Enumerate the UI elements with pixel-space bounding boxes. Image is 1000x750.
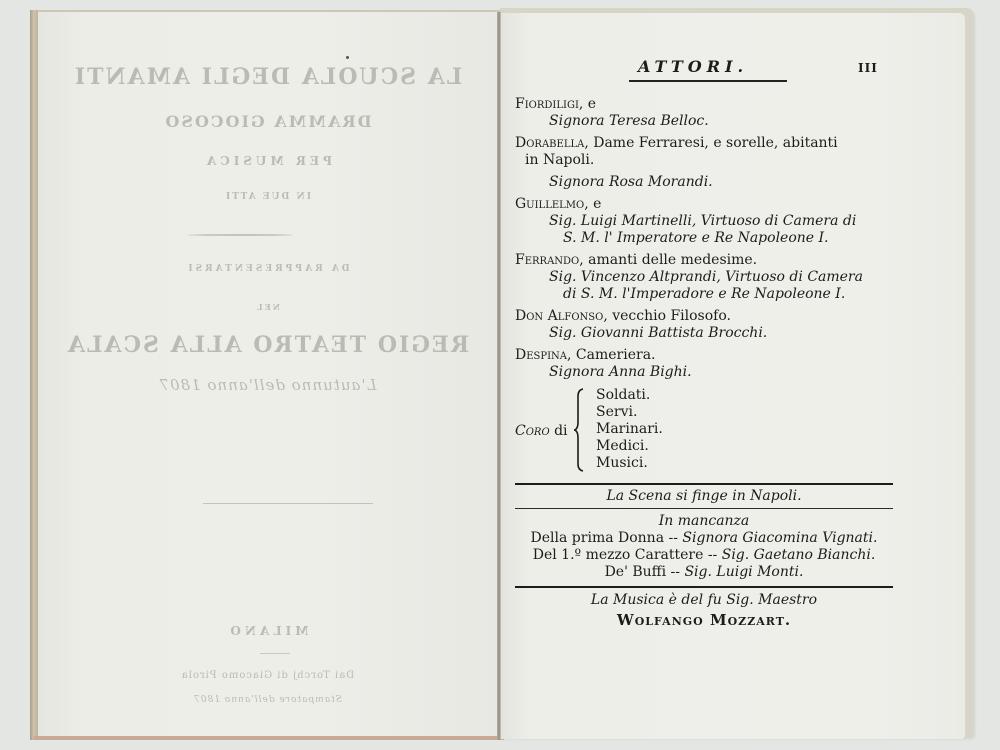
bleed-subtitle: DRAMMA GIOCOSO bbox=[38, 112, 497, 131]
title-underline bbox=[629, 80, 787, 82]
open-book: LA SCUOLA DEGLI AMANTI DRAMMA GIOCOSO PE… bbox=[0, 0, 1000, 750]
composer-name: Wolfango Mozzart. bbox=[515, 612, 893, 629]
cast-role: Ferrando, amanti delle medesime. bbox=[515, 252, 893, 269]
ornament-rule bbox=[188, 234, 293, 236]
cast-role: Despina, Cameriera. bbox=[515, 347, 893, 364]
section-rule bbox=[515, 586, 893, 588]
scene-setting: La Scena si finge in Napoli. bbox=[515, 485, 893, 508]
chorus-member: Servi. bbox=[596, 404, 663, 421]
cast-role-desc: in Napoli. bbox=[515, 152, 893, 169]
cast-actor: Signora Teresa Belloc. bbox=[515, 113, 893, 130]
cast-actor: Sig. Vincenzo Altprandi, Virtuoso di Cam… bbox=[515, 269, 893, 286]
bleed-subtitle: IN DUE ATTI bbox=[38, 192, 497, 202]
cast-role: Guillelmo, e bbox=[515, 196, 893, 213]
page-number: III bbox=[858, 60, 878, 77]
left-page: LA SCUOLA DEGLI AMANTI DRAMMA GIOCOSO PE… bbox=[38, 12, 497, 736]
ornament-rule bbox=[260, 653, 290, 654]
chorus-member: Soldati. bbox=[596, 387, 663, 404]
chorus-member: Marinari. bbox=[596, 421, 663, 438]
cast-role: Don Alfonso, vecchio Filosofo. bbox=[515, 308, 893, 325]
cast-actor: Signora Anna Bighi. bbox=[515, 364, 893, 381]
cast-list-page: ATTORI. III Fiordiligi, e Signora Teresa… bbox=[515, 58, 893, 629]
bleed-city: MILANO bbox=[38, 624, 497, 638]
bleed-text: NEL bbox=[38, 302, 497, 312]
understudies-heading: In mancanza bbox=[515, 513, 893, 530]
page-title: ATTORI. bbox=[638, 58, 748, 75]
understudy-line: Della prima Donna -- Signora Giacomina V… bbox=[515, 530, 893, 547]
chorus-block: Coro di Soldati. Servi. Marinari. Medici… bbox=[515, 387, 893, 477]
bleed-title: LA SCUOLA DEGLI AMANTI bbox=[38, 64, 497, 90]
bleed-text: DA RAPPRESENTARSI bbox=[38, 264, 497, 274]
bleed-subtitle: PER MUSICA bbox=[38, 154, 497, 168]
understudy-line: De' Buffi -- Sig. Luigi Monti. bbox=[515, 564, 893, 581]
ornament-rule bbox=[203, 503, 373, 504]
chorus-member: Musici. bbox=[596, 455, 663, 472]
cast-actor: Sig. Luigi Martinelli, Virtuoso di Camer… bbox=[515, 213, 893, 230]
chorus-label: Coro di bbox=[515, 423, 568, 440]
cast-role: Dorabella, Dame Ferraresi, e sorelle, ab… bbox=[515, 135, 893, 152]
music-credit: La Musica è del fu Sig. Maestro bbox=[515, 592, 893, 609]
chorus-member: Medici. bbox=[596, 438, 663, 455]
chorus-members: Soldati. Servi. Marinari. Medici. Musici… bbox=[596, 387, 663, 472]
left-spine-edge bbox=[30, 10, 38, 740]
bottom-page-edge bbox=[34, 736, 504, 740]
page-header: ATTORI. III bbox=[515, 58, 893, 82]
paper-speck bbox=[346, 56, 349, 59]
understudy-line: Del 1.º mezzo Carattere -- Sig. Gaetano … bbox=[515, 547, 893, 564]
cast-actor-cont: di S. M. l'Imperadore e Re Napoleone I. bbox=[515, 286, 893, 303]
cast-actor: Sig. Giovanni Battista Brocchi. bbox=[515, 325, 893, 342]
bleed-printer: Dai Torchj di Giacomo Pirola bbox=[38, 670, 497, 681]
section-rule bbox=[515, 508, 893, 509]
bleed-date: L'autunno dell'anno 1807 bbox=[38, 376, 497, 394]
bleed-theatre: REGIO TEATRO ALLA SCALA bbox=[38, 332, 497, 358]
cast-actor-cont: S. M. l' Imperatore e Re Napoleone I. bbox=[515, 230, 893, 247]
cast-actor: Signora Rosa Morandi. bbox=[515, 174, 893, 191]
cast-role: Fiordiligi, e bbox=[515, 96, 893, 113]
bleed-printer: Stampatore dell'anno 1807 bbox=[38, 695, 497, 705]
curly-brace-icon bbox=[574, 388, 584, 472]
